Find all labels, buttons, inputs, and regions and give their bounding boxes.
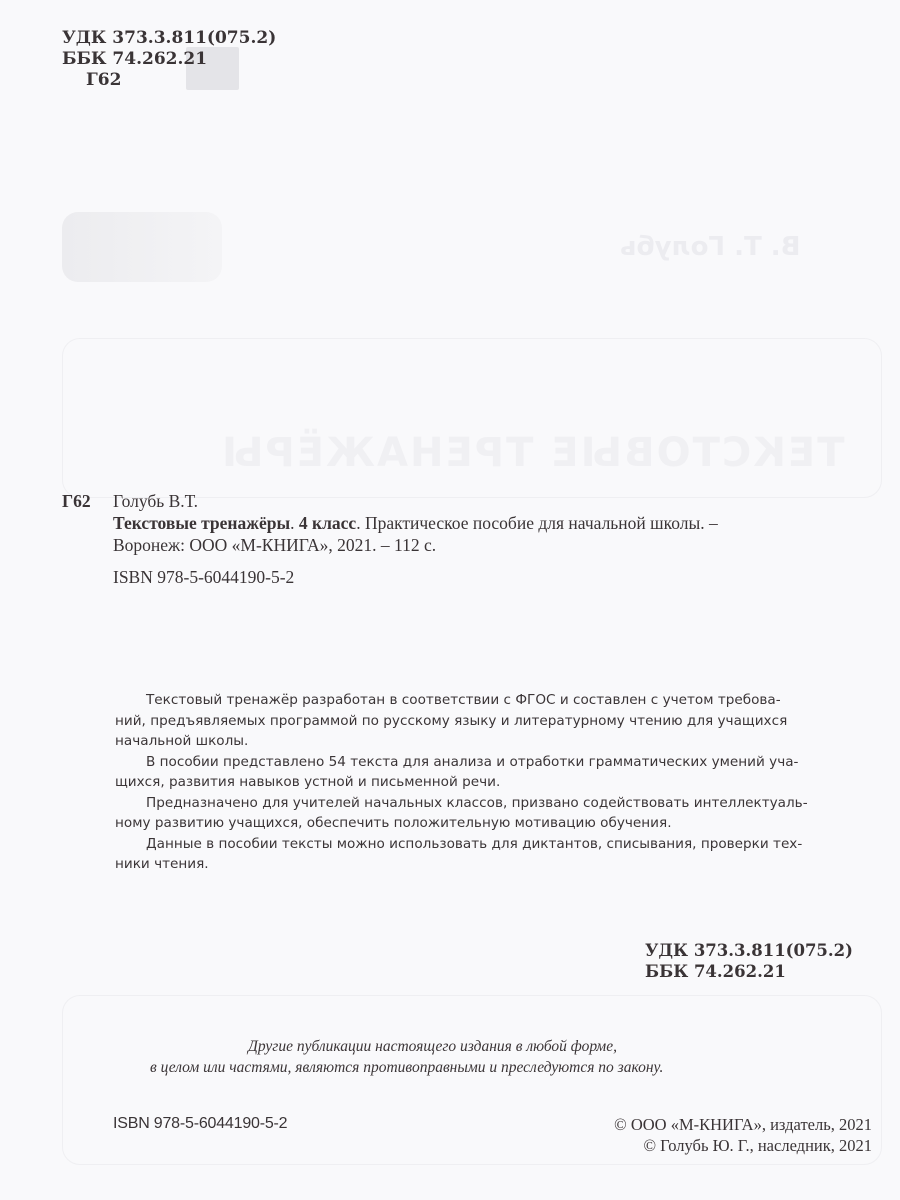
- udk-code-bottom: УДК 373.3.811(075.2): [645, 940, 853, 961]
- bleed-through-author: В. Т. Голубь: [620, 232, 800, 262]
- footer-isbn: ISBN 978-5-6044190-5-2: [113, 1115, 287, 1133]
- bleed-through-title: ТЕКСТОВЫЕ ТРЕНАЖЁРЫ: [220, 430, 845, 476]
- annotation: Текстовый тренажёр разработан в соответс…: [115, 690, 875, 875]
- annotation-line: ний, предъявляемых программой по русском…: [115, 711, 875, 732]
- bleed-through-tab: [62, 212, 222, 282]
- imprint-page: В. Т. Голубь ТЕКСТОВЫЕ ТРЕНАЖЁРЫ УДК 373…: [0, 0, 900, 1200]
- record-author: Голубь В.Т.: [113, 490, 862, 512]
- bleed-through-frame: [62, 338, 882, 498]
- annotation-line: Предназначено для учителей начальных кла…: [115, 793, 875, 814]
- annotation-line: ному развитию учащихся, обеспечить полож…: [115, 813, 875, 834]
- author-mark: Г62: [62, 70, 276, 91]
- annotation-line: В пособии представлено 54 текста для ана…: [115, 752, 875, 773]
- legal-notice-line-2: в целом или частями, являются противопра…: [0, 1057, 900, 1078]
- udk-code: УДК 373.3.811(075.2): [62, 28, 276, 49]
- classification-footer: УДК 373.3.811(075.2) ББК 74.262.21: [645, 940, 853, 982]
- record-author-mark: Г62: [62, 490, 91, 512]
- legal-notice-line-1: Другие публикации настоящего издания в л…: [0, 1036, 900, 1057]
- legal-notice: Другие публикации настоящего издания в л…: [0, 1036, 900, 1078]
- annotation-line: ники чтения.: [115, 854, 875, 875]
- copyright-heir: © Голубь Ю. Г., наследник, 2021: [614, 1135, 872, 1156]
- copyright-publisher: © ООО «М-КНИГА», издатель, 2021: [614, 1114, 872, 1135]
- book-description: . Практическое пособие для начальной шко…: [356, 513, 718, 533]
- bibliographic-record: Г62 Голубь В.Т. Текстовые тренажёры. 4 к…: [62, 490, 862, 588]
- bbk-code-bottom: ББК 74.262.21: [645, 961, 853, 982]
- record-title-line: Текстовые тренажёры. 4 класс. Практическ…: [113, 512, 862, 534]
- annotation-line: начальной школы.: [115, 731, 875, 752]
- book-grade: 4 класс: [299, 513, 356, 533]
- book-title: Текстовые тренажёры: [113, 513, 290, 533]
- annotation-line: щихся, развития навыков устной и письмен…: [115, 772, 875, 793]
- record-isbn: ISBN 978-5-6044190-5-2: [113, 566, 862, 588]
- title-separator: .: [290, 513, 299, 533]
- annotation-line: Текстовый тренажёр разработан в соответс…: [115, 690, 875, 711]
- copyright-block: © ООО «М-КНИГА», издатель, 2021 © Голубь…: [614, 1114, 872, 1156]
- annotation-line: Данные в пособии тексты можно использова…: [115, 834, 875, 855]
- bbk-code: ББК 74.262.21: [62, 49, 276, 70]
- record-imprint: Воронеж: ООО «М-КНИГА», 2021. – 112 с.: [113, 534, 862, 556]
- classification-header: УДК 373.3.811(075.2) ББК 74.262.21 Г62: [62, 28, 276, 91]
